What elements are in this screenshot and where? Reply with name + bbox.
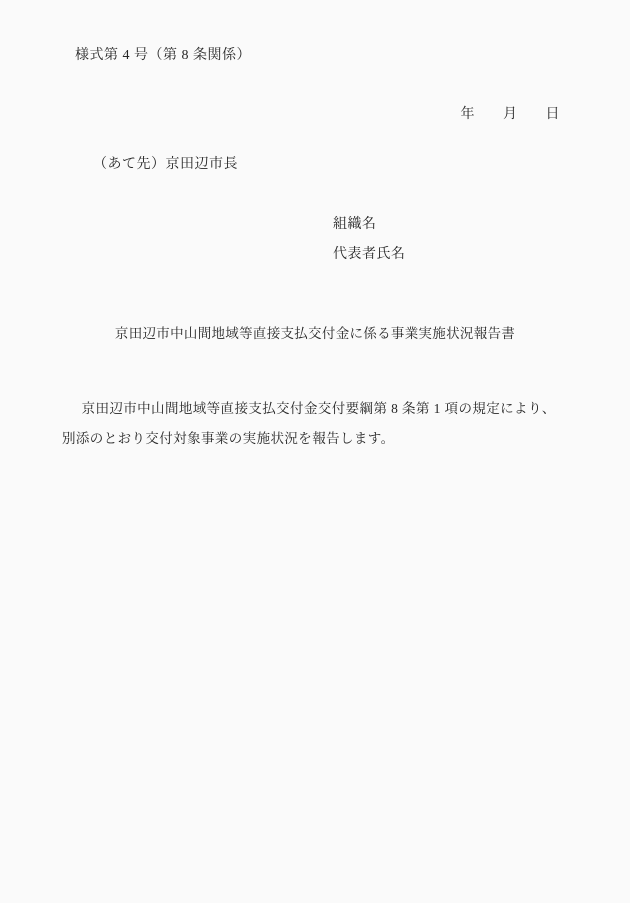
date-month-label: 月 — [503, 105, 518, 125]
body-paragraph-line-1: 京田辺市中山間地域等直接支払交付金交付要綱第 8 条第 1 項の規定により、 — [62, 394, 556, 424]
date-line: 年 月 日 — [461, 105, 561, 125]
form-number-label: 様式第 4 号（第 8 条関係） — [75, 46, 251, 66]
date-year-label: 年 — [461, 105, 476, 125]
date-day-label: 日 — [546, 105, 561, 125]
representative-name-label: 代表者氏名 — [333, 245, 406, 265]
body-paragraph-line-2: 別添のとおり交付対象事業の実施状況を報告します。 — [62, 424, 556, 454]
document-page: 様式第 4 号（第 8 条関係） 年 月 日 （あて先）京田辺市長 組織名 代表… — [0, 0, 630, 903]
body-paragraph: 京田辺市中山間地域等直接支払交付金交付要綱第 8 条第 1 項の規定により、 別… — [62, 394, 556, 454]
organization-name-label: 組織名 — [333, 215, 377, 235]
document-title: 京田辺市中山間地域等直接支払交付金に係る事業実施状況報告書 — [0, 324, 630, 344]
addressee-line: （あて先）京田辺市長 — [93, 155, 238, 175]
